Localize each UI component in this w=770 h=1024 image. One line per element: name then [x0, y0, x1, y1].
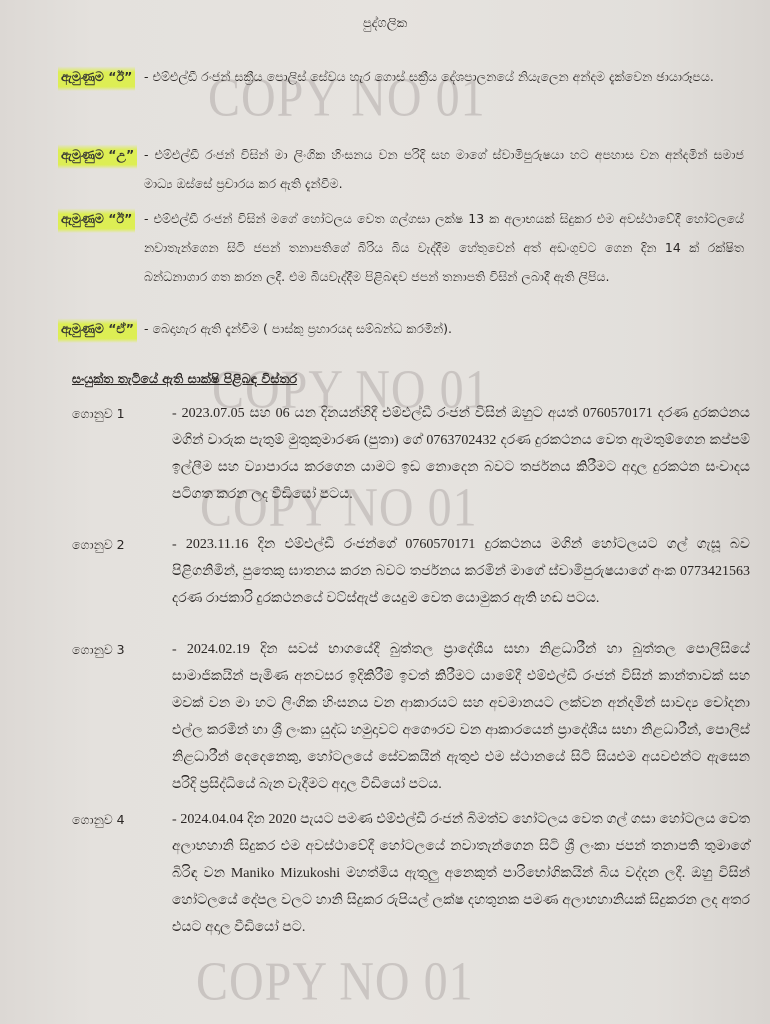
- annexure-item: ඇමුණුම “ඒ” - බෙදාහැර ඇති දැන්වීම ( පාස්ක…: [58, 314, 748, 344]
- document-header-title: පුද්ගලික: [0, 16, 770, 31]
- annexure-label: ඇමුණුම “ඊ”: [58, 204, 135, 233]
- annexure-label: ඇමුණුම “ඒ”: [58, 314, 137, 343]
- annexure-item: ඇමුණුම “ඊ” - එම්එල්ඩී රංජන් සක්‍රීය පොලි…: [58, 62, 748, 122]
- section-heading: සංයුක්ත තැටියේ ඇති සාක්ෂි පිළිබඳ විස්තර: [72, 371, 297, 387]
- evidence-file-label: ගොනුව 2: [72, 531, 125, 558]
- evidence-file-description: - 2023.07.05 සහ 06 යන දිනයන්හිදී එම්එල්ඩ…: [172, 400, 750, 508]
- annexure-text: - එම්එල්ඩී රංජන් විසින් මගේ හෝටලය වෙත ගල…: [144, 204, 744, 291]
- annexure-label: ඇමුණුම “උ”: [58, 140, 137, 169]
- annexure-text: - බෙදාහැර ඇති දැන්වීම ( පාස්කු ප්‍රහාරයද…: [144, 314, 744, 343]
- evidence-item: ගොනුව 4 - 2024.04.04 දින 2020 පැයට පමණ එ…: [72, 806, 752, 946]
- evidence-item: ගොනුව 2 - 2023.11.16 දින එම්එල්ඩී රංජන්ග…: [72, 531, 752, 631]
- evidence-item: ගොනුව 3 - 2024.02.19 දින සවස් භාගයේදී බු…: [72, 636, 752, 796]
- annexure-label: ඇමුණුම “ඊ”: [58, 62, 135, 91]
- watermark: COPY NO 01: [196, 950, 474, 1013]
- evidence-file-label: ගොනුව 4: [72, 806, 125, 833]
- document-page: COPY NO 01 COPY NO 01 COPY NO 01 COPY NO…: [0, 0, 770, 1024]
- annexure-item: ඇමුණුම “උ” - එම්එල්ඩී රංජන් විසින් මා ලි…: [58, 140, 748, 200]
- evidence-file-description: - 2023.11.16 දින එම්එල්ඩී රංජන්ගේ 076057…: [172, 531, 750, 612]
- evidence-file-description: - 2024.04.04 දින 2020 පැයට පමණ එම්එල්ඩී …: [172, 806, 750, 941]
- annexure-text: - එම්එල්ඩී රංජන් සක්‍රීය පොලිස් සේවය හැර…: [144, 62, 744, 91]
- evidence-file-label: ගොනුව 3: [72, 636, 125, 663]
- annexure-item: ඇමුණුම “ඊ” - එම්එල්ඩී රංජන් විසින් මගේ හ…: [58, 204, 748, 304]
- evidence-file-description: - 2024.02.19 දින සවස් භාගයේදී බුත්තල ප්‍…: [172, 636, 750, 798]
- evidence-file-label: ගොනුව 1: [72, 400, 125, 427]
- evidence-item: ගොනුව 1 - 2023.07.05 සහ 06 යන දිනයන්හිදී…: [72, 400, 752, 520]
- annexure-text: - එම්එල්ඩී රංජන් විසින් මා ලිංගික හිංසනය…: [144, 140, 744, 198]
